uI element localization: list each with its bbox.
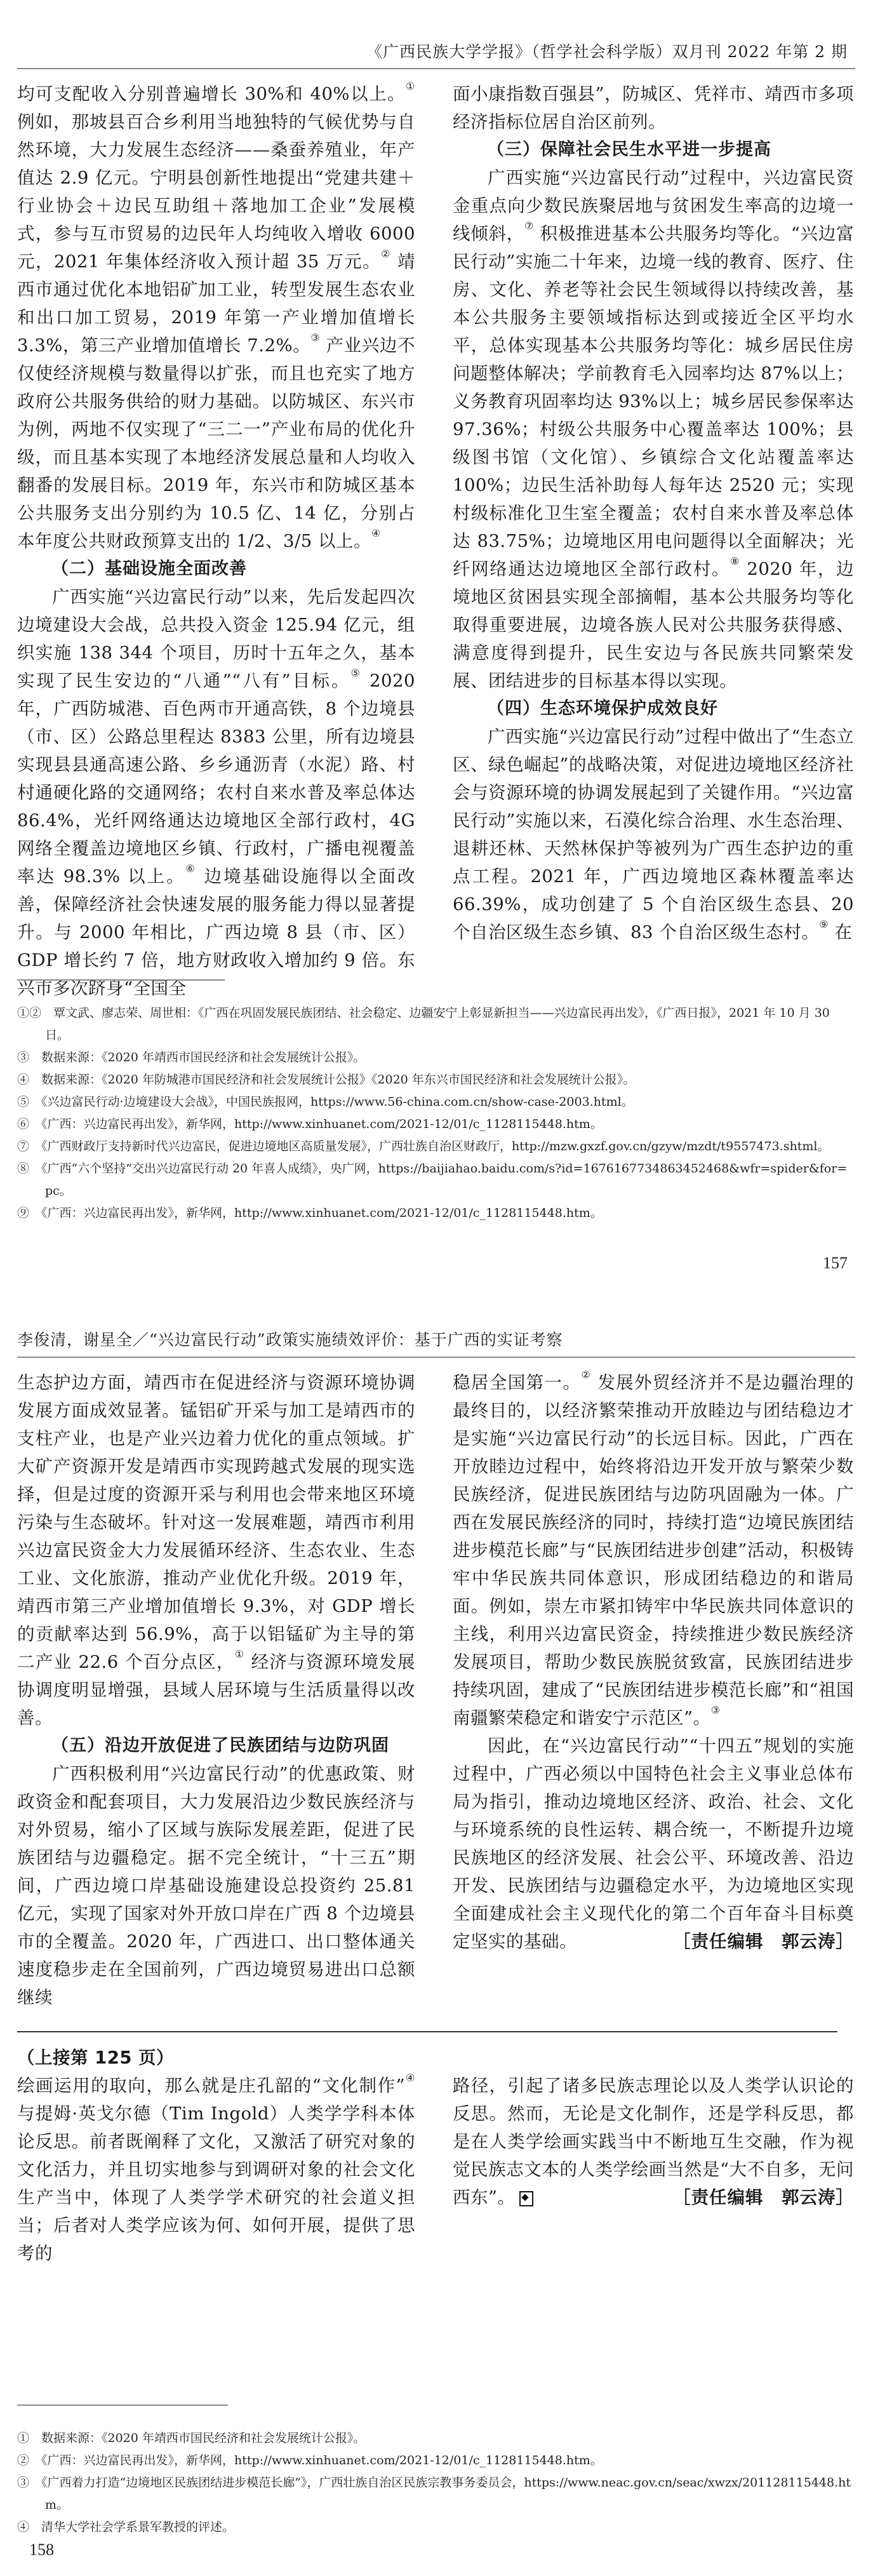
running-head-article: 李俊清，谢星全／“兴边富民行动”政策实施绩效评价：基于广西的实证考察	[17, 1327, 563, 1350]
responsible-editor: ［责任编辑 郭云涛］	[638, 1928, 854, 1955]
footnote-item: ④ 清华大学社会学系景军教授的评述。	[17, 2516, 854, 2539]
footnote-ref[interactable]: ③	[310, 332, 320, 344]
footnote-item: ⑦ 《广西财政厅支持新时代兴边富民，促进边境地区高质量发展》，广西壮族自治区财政…	[17, 1136, 854, 1158]
paragraph: 均可支配收入分别普遍增长 30%和 40%以上。① 例如，那坡县百合乡利用当地独…	[17, 80, 415, 555]
continuation-rule	[17, 2031, 837, 2032]
footnote-ref[interactable]: ④	[405, 2072, 415, 2084]
section-heading-ecology: （四）生态环境保护成效良好	[453, 695, 854, 723]
page158-right-column: 稳居全国第一。② 发展外贸经济并不是边疆治理的最终目的，以经济繁荣推动开放睦边与…	[453, 1369, 854, 1955]
page157-left-column: 均可支配收入分别普遍增长 30%和 40%以上。① 例如，那坡县百合乡利用当地独…	[17, 80, 415, 1002]
paragraph: 绘画运用的取向，那么就是庄孔韶的“文化制作”④与提姆·英戈尔德（Tim Ingo…	[17, 2072, 415, 2267]
paragraph: 路径，引起了诸多民族志理论以及人类学认识论的反思。然而，无论是文化制作，还是学科…	[453, 2072, 854, 2211]
footnote-item: ② 《广西：兴边富民再出发》，新华网，http://www.xinhuanet.…	[17, 2450, 854, 2472]
paragraph: 广西积极利用“兴边富民行动”的优惠政策、财政资金和配套项目，大力发展沿边少数民族…	[17, 1760, 415, 2011]
section-heading-livelihood: （三）保障社会民生水平进一步提高	[453, 136, 854, 164]
page157-footnotes: ①② 覃文武、廖志荣、周世相：《广西在巩固发展民族团结、社会稳定、边疆安宁上彰显…	[17, 1002, 854, 1224]
page157-right-column: 面小康指数百强县”，防城区、凭祥市、靖西市多项经济指标位居自治区前列。 （三）保…	[453, 80, 854, 946]
footnote-item: ④ 数据来源：《2020 年防城港市国民经济和社会发展统计公报》《2020 年东…	[17, 1069, 854, 1091]
footnote-rule	[17, 979, 225, 981]
footnote-ref[interactable]: ②	[581, 1369, 591, 1381]
footnote-ref[interactable]: ③	[711, 1704, 721, 1716]
continuation-left-column: （上接第 125 页） 绘画运用的取向，那么就是庄孔韶的“文化制作”④与提姆·英…	[17, 2044, 415, 2267]
footnote-ref[interactable]: ④	[371, 527, 381, 539]
footnote-item: ⑤ 《兴边富民行动·边境建设大会战》，中国民族报网，https://www.56…	[17, 1091, 854, 1113]
footnote-ref[interactable]: ①	[406, 80, 415, 92]
paragraph: 广西实施“兴边富民行动”过程中，兴边富民资金重点向少数民族聚居地与贫困发生率高的…	[453, 164, 854, 695]
footnote-item: ① 数据来源：《2020 年靖西市国民经济和社会发展统计公报》。	[17, 2427, 854, 2450]
page-number: 157	[823, 1254, 848, 1273]
running-head-journal: 《广西民族大学学报》（哲学社会科学版）双月刊 2022 年第 2 期	[366, 39, 848, 62]
footnote-ref[interactable]: ⑥	[186, 862, 197, 875]
footnote-ref[interactable]: ⑦	[524, 220, 534, 232]
footnote-ref[interactable]: ⑤	[351, 667, 362, 679]
footnote-item: ⑥ 《广西：兴边富民再出发》，新华网，http://www.xinhuanet.…	[17, 1113, 854, 1136]
paragraph: 广西实施“兴边富民行动”过程中做出了“生态立区、绿色崛起”的战略决策，对促进边境…	[453, 723, 854, 946]
paragraph: 广西实施“兴边富民行动”以来，先后发起四次边境建设大会战，总共投入资金 125.…	[17, 583, 415, 1002]
continuation-heading: （上接第 125 页）	[17, 2044, 415, 2072]
section-heading-infrastructure: （二）基础设施全面改善	[17, 555, 415, 583]
footnote-item: ③ 《广西着力打造“边境地区民族团结进步模范长廊”》，广西壮族自治区民族宗教事务…	[17, 2472, 854, 2516]
footnote-item: ⑨ 《广西：兴边富民再出发》，新华网，http://www.xinhuanet.…	[17, 1202, 854, 1224]
responsible-editor: ［责任编辑 郭云涛］	[673, 2184, 854, 2211]
footnote-ref[interactable]: ②	[381, 248, 391, 260]
header-rule	[17, 1357, 855, 1358]
end-of-article-icon	[519, 2191, 533, 2206]
footnote-rule	[17, 2405, 228, 2406]
footnote-ref[interactable]: ⑨	[819, 918, 829, 930]
footnote-item: ⑧ 《广西“六个坚持”交出兴边富民行动 20 年喜人成绩》，央广网，https:…	[17, 1158, 854, 1202]
footnote-item: ①② 覃文武、廖志荣、周世相：《广西在巩固发展民族团结、社会稳定、边疆安宁上彰显…	[17, 1002, 854, 1047]
header-rule	[17, 68, 855, 69]
page158-footnotes: ① 数据来源：《2020 年靖西市国民经济和社会发展统计公报》。 ② 《广西：兴…	[17, 2427, 854, 2539]
page-number: 158	[29, 2540, 54, 2559]
footnote-ref[interactable]: ①	[235, 1648, 245, 1660]
footnote-ref[interactable]: ⑧	[730, 555, 740, 567]
page158-left-column: 生态护边方面，靖西市在促进经济与资源环境协调发展方面成效显著。锰铝矿开采与加工是…	[17, 1369, 415, 2011]
paragraph: 因此，在“兴边富民行动”“十四五”规划的实施过程中，广西必须以中国特色社会主义事…	[453, 1732, 854, 1955]
paragraph: 稳居全国第一。② 发展外贸经济并不是边疆治理的最终目的，以经济繁荣推动开放睦边与…	[453, 1369, 854, 1732]
continuation-right-column: 路径，引起了诸多民族志理论以及人类学认识论的反思。然而，无论是文化制作，还是学科…	[453, 2072, 854, 2211]
paragraph: 面小康指数百强县”，防城区、凭祥市、靖西市多项经济指标位居自治区前列。	[453, 80, 854, 136]
footnote-item: ③ 数据来源：《2020 年靖西市国民经济和社会发展统计公报》。	[17, 1047, 854, 1069]
section-heading-opening: （五）沿边开放促进了民族团结与边防巩固	[17, 1732, 415, 1760]
paragraph: 生态护边方面，靖西市在促进经济与资源环境协调发展方面成效显著。锰铝矿开采与加工是…	[17, 1369, 415, 1732]
